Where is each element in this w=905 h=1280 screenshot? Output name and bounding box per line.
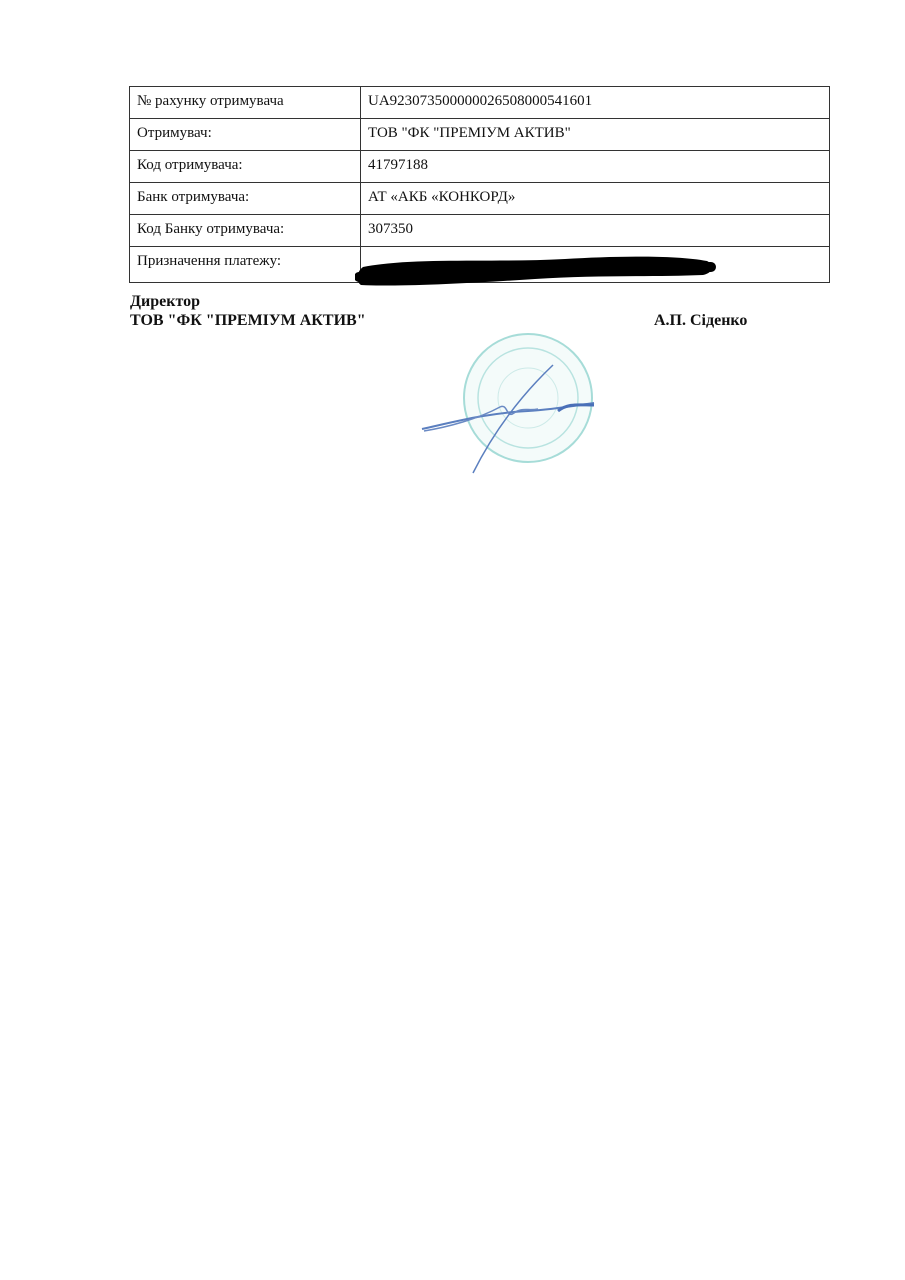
row-value: 41797188 [361,151,830,183]
row-value: UA923073500000026508000541601 [361,87,830,119]
signer-position: Директор [130,292,366,311]
row-label: Отримувач: [130,119,361,151]
row-label: Код отримувача: [130,151,361,183]
row-value: ТОВ "ФК "ПРЕМІУМ АКТИВ" [361,119,830,151]
row-value: 307350 [361,215,830,247]
signature-block: Директор ТОВ "ФК "ПРЕМІУМ АКТИВ" А.П. Сі… [130,292,366,330]
row-label: Банк отримувача: [130,183,361,215]
table-row: Банк отримувача: АТ «АКБ «КОНКОРД» [130,183,830,215]
redaction-scribble [355,253,717,289]
table-row: Код Банку отримувача: 307350 [130,215,830,247]
document-page: № рахунку отримувача UA92307350000002650… [0,0,905,1280]
row-value: АТ «АКБ «КОНКОРД» [361,183,830,215]
signer-company: ТОВ "ФК "ПРЕМІУМ АКТИВ" [130,311,366,330]
table-row: Код отримувача: 41797188 [130,151,830,183]
stamp-and-signature [418,333,603,478]
row-label: Призначення платежу: [130,247,361,283]
row-label: № рахунку отримувача [130,87,361,119]
signer-name: А.П. Сіденко [654,311,747,330]
row-label: Код Банку отримувача: [130,215,361,247]
table-row: Отримувач: ТОВ "ФК "ПРЕМІУМ АКТИВ" [130,119,830,151]
table-row: № рахунку отримувача UA92307350000002650… [130,87,830,119]
